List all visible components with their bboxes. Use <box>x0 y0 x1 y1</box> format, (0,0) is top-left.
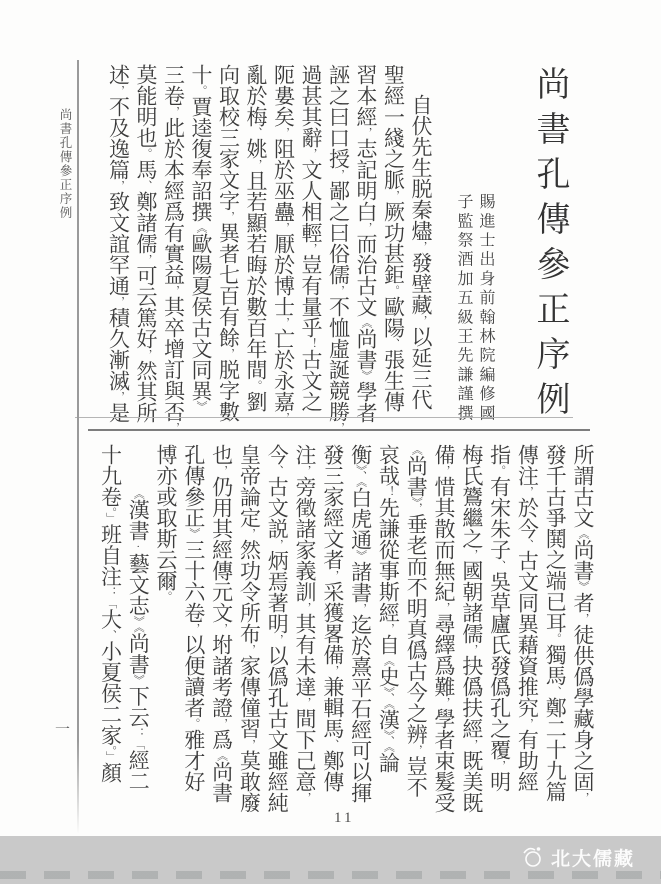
text-column: 聖經一綫之脈，厥功甚鉅。歐陽、張生傳 <box>379 64 407 409</box>
text-column: 誣之曰口授，鄙之曰俗儒，不恤虛誕競勝， <box>324 64 352 409</box>
text-column: 注，旁徵諸家義訓，其有未達，間下己意， <box>290 444 318 816</box>
text-column: 皇帝論定，然功令所布，家傳僮習，莫敢廢 <box>235 444 263 816</box>
author-attribution: 賜進士出身前翰林院編修國 子監祭酒加五級王先謙謹撰 <box>452 193 496 435</box>
running-head: 尚書孔傳參正序例 <box>56 108 74 238</box>
text-column: 發千古爭鬨之端已耳。獨馬、鄭二十九篇 <box>540 444 568 816</box>
text-column: 孔傳參正》三十六卷，以便讀者。雅才好 <box>179 444 207 816</box>
text-column: 向取校三家文字，異者七百有餘，脱字數 <box>214 64 242 409</box>
ruzang-logo-icon <box>520 844 546 870</box>
text-column: 傳注，於今、古文同異藉資推究，有助經 <box>513 444 541 816</box>
upper-leaf-text: 自伏先生脱秦燼，發壁藏，以延三代 聖經一綫之脈，厥功甚鉅。歐陽、張生傳 習本經，… <box>102 64 434 409</box>
text-column: 《尚書》，垂老而不明真僞古今之辨，豈不 <box>401 444 429 816</box>
margin-rule <box>77 60 79 834</box>
lower-leaf-text: 所謂古文《尚書》者，徒供僞學藏身之固， 發千古爭鬨之端已耳。獨馬、鄭二十九篇 傳… <box>94 444 596 816</box>
text-column: 博亦或取斯云爾。 <box>151 444 179 816</box>
section-title: 尚書孔傳參正序例 <box>528 66 570 432</box>
text-column: 哀哉！先謙從事斯經，自《史》、《漢》、《論 <box>374 444 402 816</box>
text-column: 十九卷。」班自注：「大、小夏侯二家。」顏 <box>96 444 124 816</box>
scan-edge-dashes <box>0 871 661 879</box>
watermark: 北大儒藏 <box>520 842 635 872</box>
text-column: 習本經，志記明白，而治古文《尚書》學者 <box>352 64 380 409</box>
text-column: 過甚其辭，文人相輕，豈有量乎！古文之 <box>297 64 325 409</box>
attribution-line: 子監祭酒加五級王先謙謹撰 <box>452 193 474 435</box>
fold-rule-upper <box>75 417 573 418</box>
text-column: 備，惜其散而無紀，尋繹爲難，學者束髮受 <box>429 444 457 816</box>
book-page-scan: 尚書孔傳參正序例 賜進士出身前翰林院編修國 子監祭酒加五級王先謙謹撰 自伏先生脱… <box>0 0 661 884</box>
text-column: 所謂古文《尚書》者，徒供僞學藏身之固， <box>568 444 596 816</box>
text-column: 三卷，此於本經爲有實益，其卒增訂與否， <box>159 64 187 409</box>
text-column: 今、古文説，炳焉著明，以僞孔古文雖經純 <box>262 444 290 816</box>
text-column: 也，仍用其經傳元文，坿諸考證，爲《尚書 <box>207 444 235 816</box>
text-column: 亂於梅、姚，且若顯若晦於數百年間。劉 <box>242 64 270 409</box>
text-column: 十。賈逵復奉詔撰《歐陽夏侯古文同異》 <box>187 64 215 409</box>
text-column: 阨婁矣，阻於巫蠱，厭於博士，亡於永嘉， <box>269 64 297 409</box>
text-column: 自伏先生脱秦燼，發壁藏，以延三代 <box>407 64 435 409</box>
text-column: 發三家經文者，采獲畧備，兼輯馬、鄭傳 <box>318 444 346 816</box>
text-column: 衡》、《白虎通》諸書，迄於熹平石經可以揮 <box>346 444 374 816</box>
text-column: 《漢書·藝文志》《尚書》下云：「經二 <box>123 444 151 816</box>
text-column: 莫能明也。馬、鄭諸儒，可云篤好，然其所 <box>132 64 160 409</box>
text-column: 梅氏鷟繼之，國朝諸儒，抉僞扶經，既美既 <box>457 444 485 816</box>
text-column: 指。有宋朱子、吳草廬氏發僞孔之覆，明 <box>485 444 513 816</box>
folio-number: 一 <box>55 718 77 739</box>
fold-rule-lower <box>88 429 590 431</box>
page-number: 11 <box>334 810 354 827</box>
attribution-line: 賜進士出身前翰林院編修國 <box>474 193 496 435</box>
watermark-text: 北大儒藏 <box>551 844 635 871</box>
text-column: 述，不及逸篇，致文誼罕通，積久漸滅，是 <box>104 64 132 409</box>
